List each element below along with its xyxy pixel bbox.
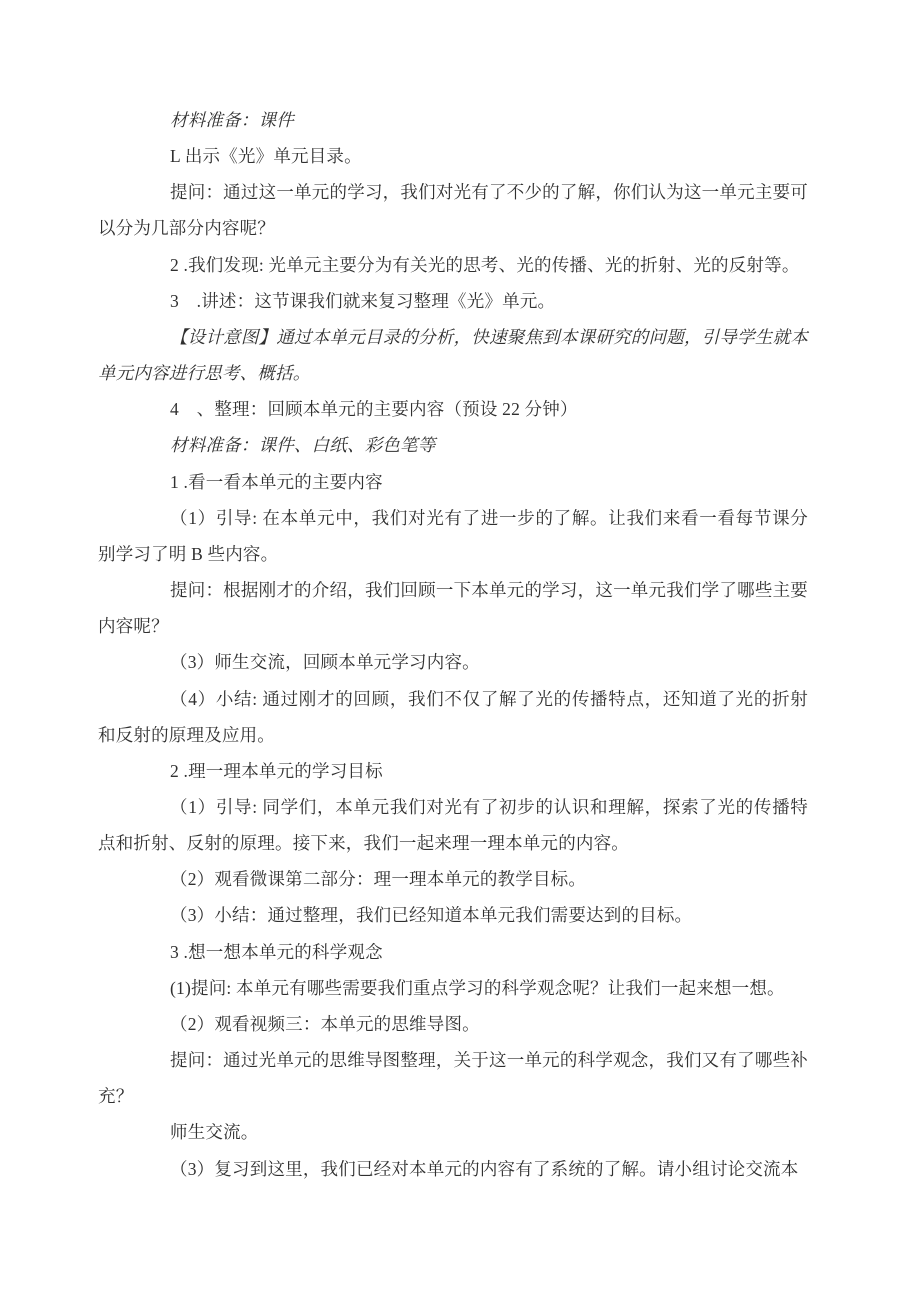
paragraph: (1)提问: 本单元有哪些需要我们重点学习的科学观念呢？让我们一起来想一想。 <box>98 970 808 1006</box>
paragraph: （2）观看微课第二部分：理一理本单元的教学目标。 <box>98 861 808 897</box>
paragraph: （2）观看视频三：本单元的思维导图。 <box>98 1006 808 1042</box>
paragraph: 2 .我们发现: 光单元主要分为有关光的思考、光的传播、光的折射、光的反射等。 <box>98 247 808 283</box>
paragraph: 提问：通过这一单元的学习，我们对光有了不少的了解，你们认为这一单元主要可以分为几… <box>98 174 808 246</box>
paragraph: 1 .看一看本单元的主要内容 <box>98 464 808 500</box>
paragraph: 4 、整理：回顾本单元的主要内容（预设 22 分钟） <box>98 391 808 427</box>
paragraph: 2 .理一理本单元的学习目标 <box>98 753 808 789</box>
paragraph: 师生交流。 <box>98 1114 808 1150</box>
paragraph: （1）引导: 在本单元中，我们对光有了进一步的了解。让我们来看一看每节课分别学习… <box>98 500 808 572</box>
paragraph: （1）引导: 同学们，本单元我们对光有了初步的认识和理解，探索了光的传播特点和折… <box>98 789 808 861</box>
paragraph: 材料准备：课件 <box>98 102 808 138</box>
document-page: 材料准备：课件L 出示《光》单元目录。提问：通过这一单元的学习，我们对光有了不少… <box>0 0 920 1301</box>
paragraph: （3）小结：通过整理，我们已经知道本单元我们需要达到的目标。 <box>98 897 808 933</box>
paragraph: 3 .想一想本单元的科学观念 <box>98 934 808 970</box>
paragraph: （4）小结: 通过刚才的回顾，我们不仅了解了光的传播特点，还知道了光的折射和反射… <box>98 681 808 753</box>
paragraph: 提问：通过光单元的思维导图整理，关于这一单元的科学观念，我们又有了哪些补充？ <box>98 1042 808 1114</box>
paragraph: L 出示《光》单元目录。 <box>98 138 808 174</box>
paragraph: （3）复习到这里，我们已经对本单元的内容有了系统的了解。请小组讨论交流本 <box>98 1151 808 1187</box>
paragraph: 提问：根据刚才的介绍，我们回顾一下本单元的学习，这一单元我们学了哪些主要内容呢？ <box>98 572 808 644</box>
document-body: 材料准备：课件L 出示《光》单元目录。提问：通过这一单元的学习，我们对光有了不少… <box>98 102 808 1187</box>
paragraph: 材料准备：课件、白纸、彩色笔等 <box>98 427 808 463</box>
paragraph: （3）师生交流，回顾本单元学习内容。 <box>98 644 808 680</box>
paragraph: 3 .讲述：这节课我们就来复习整理《光》单元。 <box>98 283 808 319</box>
paragraph: 【设计意图】通过本单元目录的分析，快速聚焦到本课研究的问题，引导学生就本单元内容… <box>98 319 808 391</box>
